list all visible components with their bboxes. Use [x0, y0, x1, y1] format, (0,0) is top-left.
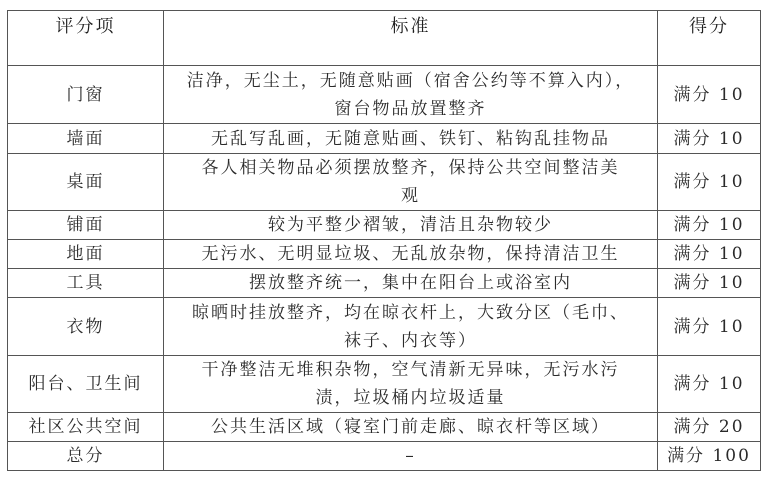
score-cell: 满分 10: [658, 269, 761, 298]
criteria-cell: 较为平整少褶皱，清洁且杂物较少: [164, 211, 658, 240]
criteria-line: 各人相关物品必须摆放整齐，保持公共空间整洁美: [168, 154, 653, 182]
header-score: 得分: [658, 11, 761, 66]
item-cell: 阳台、卫生间: [8, 356, 164, 413]
table-row: 地面无污水、无明显垃圾、无乱放杂物，保持清洁卫生满分 10: [8, 240, 761, 269]
table-row: 工具摆放整齐统一，集中在阳台上或浴室内满分 10: [8, 269, 761, 298]
score-cell: 满分 10: [658, 356, 761, 413]
score-cell: 满分 10: [658, 124, 761, 154]
score-cell: 满分 10: [658, 298, 761, 356]
criteria-cell: –: [164, 442, 658, 471]
item-cell: 衣物: [8, 298, 164, 356]
item-cell: 社区公共空间: [8, 413, 164, 442]
criteria-line: 窗台物品放置整齐: [168, 95, 653, 123]
header-row: 评分项 标准 得分: [8, 11, 761, 66]
criteria-line: 较为平整少褶皱，清洁且杂物较少: [168, 211, 653, 239]
table-row: 桌面各人相关物品必须摆放整齐，保持公共空间整洁美观满分 10: [8, 154, 761, 211]
criteria-line: 晾晒时挂放整齐，均在晾衣杆上，大致分区（毛巾、: [168, 299, 653, 327]
criteria-cell: 摆放整齐统一，集中在阳台上或浴室内: [164, 269, 658, 298]
criteria-line: –: [168, 442, 653, 470]
item-cell: 工具: [8, 269, 164, 298]
criteria-cell: 公共生活区域（寝室门前走廊、晾衣杆等区域）: [164, 413, 658, 442]
criteria-cell: 晾晒时挂放整齐，均在晾衣杆上，大致分区（毛巾、袜子、内衣等）: [164, 298, 658, 356]
item-cell: 桌面: [8, 154, 164, 211]
criteria-line: 渍，垃圾桶内垃圾适量: [168, 384, 653, 412]
score-cell: 满分 100: [658, 442, 761, 471]
criteria-line: 无污水、无明显垃圾、无乱放杂物，保持清洁卫生: [168, 240, 653, 268]
score-cell: 满分 10: [658, 240, 761, 269]
table-row: 门窗洁净，无尘土，无随意贴画（宿舍公约等不算入内），窗台物品放置整齐满分 10: [8, 66, 761, 124]
criteria-cell: 无污水、无明显垃圾、无乱放杂物，保持清洁卫生: [164, 240, 658, 269]
item-cell: 铺面: [8, 211, 164, 240]
criteria-cell: 洁净，无尘土，无随意贴画（宿舍公约等不算入内），窗台物品放置整齐: [164, 66, 658, 124]
criteria-line: 摆放整齐统一，集中在阳台上或浴室内: [168, 269, 653, 297]
score-cell: 满分 10: [658, 154, 761, 211]
criteria-line: 袜子、内衣等）: [168, 327, 653, 355]
criteria-cell: 各人相关物品必须摆放整齐，保持公共空间整洁美观: [164, 154, 658, 211]
header-item: 评分项: [8, 11, 164, 66]
criteria-line: 干净整洁无堆积杂物，空气清新无异味，无污水污: [168, 356, 653, 384]
table-row: 铺面较为平整少褶皱，清洁且杂物较少满分 10: [8, 211, 761, 240]
item-cell: 地面: [8, 240, 164, 269]
table-row: 总分–满分 100: [8, 442, 761, 471]
table-row: 阳台、卫生间干净整洁无堆积杂物，空气清新无异味，无污水污渍，垃圾桶内垃圾适量满分…: [8, 356, 761, 413]
header-criteria: 标准: [164, 11, 658, 66]
score-cell: 满分 10: [658, 66, 761, 124]
table-row: 墙面无乱写乱画，无随意贴画、铁钉、粘钩乱挂物品满分 10: [8, 124, 761, 154]
criteria-cell: 无乱写乱画，无随意贴画、铁钉、粘钩乱挂物品: [164, 124, 658, 154]
criteria-line: 观: [168, 182, 653, 210]
criteria-cell: 干净整洁无堆积杂物，空气清新无异味，无污水污渍，垃圾桶内垃圾适量: [164, 356, 658, 413]
item-cell: 门窗: [8, 66, 164, 124]
criteria-line: 公共生活区域（寝室门前走廊、晾衣杆等区域）: [168, 413, 653, 441]
table-row: 衣物晾晒时挂放整齐，均在晾衣杆上，大致分区（毛巾、袜子、内衣等）满分 10: [8, 298, 761, 356]
score-cell: 满分 20: [658, 413, 761, 442]
criteria-line: 洁净，无尘土，无随意贴画（宿舍公约等不算入内），: [168, 67, 653, 95]
item-cell: 总分: [8, 442, 164, 471]
item-cell: 墙面: [8, 124, 164, 154]
table-row: 社区公共空间公共生活区域（寝室门前走廊、晾衣杆等区域）满分 20: [8, 413, 761, 442]
score-cell: 满分 10: [658, 211, 761, 240]
scoring-table: 评分项 标准 得分 门窗洁净，无尘土，无随意贴画（宿舍公约等不算入内），窗台物品…: [7, 10, 761, 471]
criteria-line: 无乱写乱画，无随意贴画、铁钉、粘钩乱挂物品: [168, 125, 653, 153]
